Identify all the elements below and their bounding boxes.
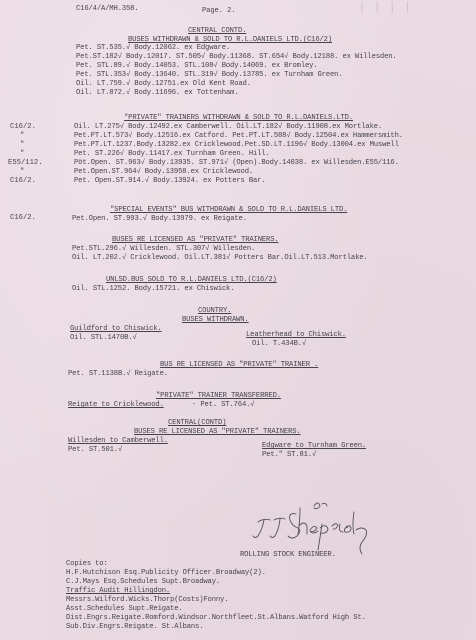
- copies-recipient: Sub.Div.Engrs.Reigate. St.Albans.: [66, 623, 203, 632]
- copies-recipient: Asst.Schedules Supt.Reigate.: [66, 605, 183, 614]
- record-line: Oil. STL.1252. Body.15721. ex Chiswick.: [72, 285, 234, 294]
- copies-recipient: H.F.Hutchison Esq.Publicity Officer.Broa…: [66, 569, 266, 578]
- section-heading-central-contd: CENTRAL CONTD.: [188, 27, 246, 36]
- record-line: Pet.PT.LT.573√ Body.12516.ex Catford. Pe…: [74, 132, 403, 141]
- section-heading-central-contd-2: CENTRAL(CONTD): [168, 419, 226, 428]
- margin-reference: C16/2.: [10, 177, 36, 186]
- section-heading-country: COUNTRY.: [198, 307, 231, 316]
- margin-reference: ": [20, 141, 24, 150]
- margin-reference: ": [20, 168, 24, 177]
- record-line: Oil. LT.202.√ Cricklewood. Oil.LT.381√ P…: [72, 254, 368, 263]
- record-line: Pet. ST.226√ Body.11417.ex Turnham Green…: [74, 150, 270, 159]
- copies-recipient: Messrs.Wilford.Wicks.Thorp(Costs)Fonny.: [66, 596, 228, 605]
- section-heading-bus-relicensed: BUS RE LICENSED AS "PRIVATE" TRAINER .: [160, 361, 318, 370]
- margin-reference: ": [20, 150, 24, 159]
- document-reference: C16/4/A/MH.358.: [76, 5, 138, 14]
- margin-reference: E55/112.: [8, 159, 43, 168]
- record-line: Pet.STL.296.√ Willesden. STL.307√ Willes…: [72, 245, 255, 254]
- route-guildford-chiswick: Guildford to Chiswick.: [70, 325, 162, 334]
- section-heading-private-trainers: "PRIVATE" TRAINERS WITHDRAWN & SOLD TO R…: [124, 114, 353, 123]
- margin-reference: ": [20, 132, 24, 141]
- record-line: Pet. ST.501.√: [68, 446, 122, 455]
- record-line: Pet." ST.81.√: [262, 451, 316, 460]
- copies-recipient: Dist.Engrs.Reigate.Romford.Windsor.North…: [66, 614, 366, 623]
- route-leatherhead-chiswick: Leatherhead to Chiswick.: [246, 331, 346, 340]
- route-willesden-camberwell: Willesden to Camberwell.: [68, 437, 168, 446]
- section-subheading-buses-relicensed: BUSES RE LICENSED AS "PRIVATE" TRAINERS.: [134, 428, 301, 437]
- record-line: Oil. LT.759.√ Body.12751.ex Old Kent Roa…: [76, 80, 251, 89]
- record-line: Oil. T.434B.√: [252, 340, 306, 349]
- section-subheading-buses-withdrawn: BUSES WITHDRAWN.: [182, 316, 249, 325]
- record-line: Oil. STL.1470B.√: [70, 334, 137, 343]
- section-heading-unlicensed-bus: UNLSD.BUS SOLD TO R.L.DANIELS LTD.(C16/2…: [106, 276, 277, 285]
- record-line: Pet.ST.182√ Body.12017. ST.505√ Body.113…: [76, 53, 397, 62]
- signatory-title: ROLLING STOCK ENGINEER.: [240, 551, 336, 560]
- copies-recipient: C.J.Mays Esq.Schedules Supt.Broadway.: [66, 578, 220, 587]
- section-heading-buses-relicensed: BUSES RE LICENSED AS "PRIVATE" TRAINERS.: [112, 236, 279, 245]
- record-line: Oil. LT.872.√ Body.11696. ex Tottenham.: [76, 89, 238, 98]
- record-line: Pet.Open. ST.993.√ Body.13979. ex Reigat…: [72, 215, 247, 224]
- record-line: Pöt.Open. ST.963√ Body.13935. ST.971√ (O…: [74, 159, 399, 168]
- record-line: Pet. STL.353√ Body.13640. STL.319√ Body.…: [76, 71, 342, 80]
- record-line: - Pet. ST.764.√: [192, 401, 254, 410]
- route-edgware-turnham-green: Edgware to Turnham Green.: [262, 442, 366, 451]
- record-line: Pet.PT.LT.1237.Body.13282.ex Cricklewood…: [74, 141, 399, 150]
- copies-recipient: Traffic Audit Hillingdon.: [66, 587, 170, 596]
- page-number: Page. 2.: [202, 7, 235, 16]
- copies-label: Copies to:: [66, 560, 108, 569]
- faint-stamp-mark: | | | |: [360, 0, 460, 14]
- section-heading-special-events: "SPECIAL EVENTS" BUS WITHDRAWN & SOLD TO…: [110, 206, 347, 215]
- route-reigate-cricklewood: Reigate to Cricklewood.: [68, 401, 164, 410]
- record-line: Pet. STL.89.√ Body.14053. STL.108√ Body.…: [76, 62, 317, 71]
- margin-reference: C16/2.: [10, 214, 36, 223]
- record-line: Pet. ST.535.√ Body.12062. ex Edgware.: [76, 44, 230, 53]
- section-heading-trainer-transferred: "PRIVATE" TRAINER TRANSFERRED.: [156, 392, 281, 401]
- scanned-document-page: | | | | C16/4/A/MH.358. Page. 2. CENTRAL…: [0, 0, 476, 640]
- record-line: Pet. ST.1138B.√ Reigate.: [68, 370, 168, 379]
- record-line: Pet. Open.ST.914.√ Body.13924. ex Potter…: [74, 177, 266, 186]
- margin-reference: C16/2.: [10, 123, 36, 132]
- record-line: Pet.Open.ST.964√ Body.13958.ex Cricklewo…: [74, 168, 253, 177]
- record-line: Oil. LT.275√ Body.12492.ex Camberwell. O…: [74, 123, 382, 132]
